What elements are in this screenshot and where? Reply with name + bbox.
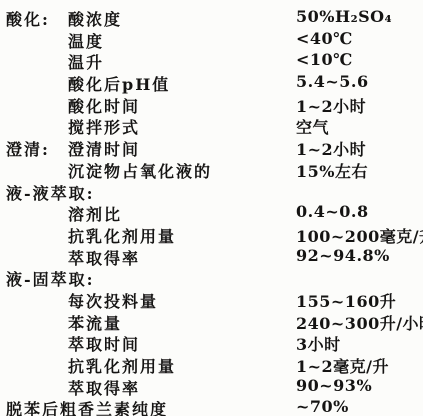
parameter-value: 1~2小时 [296,94,366,117]
parameter-row: 萃取得率 92~94.8% [0,246,423,268]
parameter-table: 酸化: 酸浓度 50%H₂SO₄ 温度 <40℃ 温升 <10℃ 酸化后pH值 … [0,7,423,416]
parameter-row: 液-液萃取: [0,181,423,203]
parameter-name: 溶剂比 [68,202,122,225]
parameter-value: 1~2毫克/升 [296,354,389,377]
parameter-value: 155~160升 [296,289,396,312]
parameter-value: 50%H₂SO₄ [296,7,392,26]
parameter-name: 搅拌形式 [68,115,140,138]
parameter-name: 萃取得率 [68,246,140,269]
parameter-value: ~70% [296,397,349,416]
parameter-name: 每次投料量 [68,289,158,312]
parameter-name: 沉淀物占氧化液的 [68,159,212,182]
parameter-name: 抗乳化剂用量 [68,354,176,377]
parameter-row: 液-固萃取: [0,267,423,289]
parameter-value: 100~200毫克/升 [296,224,423,247]
parameter-row: 抗乳化剂用量 100~200毫克/升 [0,224,423,246]
parameter-row: 温度 <40℃ [0,29,423,51]
parameter-value: 5.4~5.6 [296,72,369,91]
parameter-row: 搅拌形式 空气 [0,115,423,137]
parameter-value: 15%左右 [296,159,368,182]
section-label: 酸化: [6,7,50,30]
section-label: 液-固萃取: [6,267,95,290]
parameter-value: 240~300升/小时 [296,311,423,334]
parameter-row: 酸化: 酸浓度 50%H₂SO₄ [0,7,423,29]
parameter-value: <40℃ [296,29,353,48]
parameter-value: 空气 [296,115,329,138]
parameter-row: 萃取得率 90~93% [0,376,423,398]
parameter-row: 溶剂比 0.4~0.8 [0,202,423,224]
parameter-name: 酸浓度 [68,7,122,30]
parameter-value: 1~2小时 [296,137,366,160]
parameter-row: 萃取时间 3小时 [0,332,423,354]
parameter-name: 温升 [68,50,104,73]
parameter-row: 酸化后pH值 5.4~5.6 [0,72,423,94]
parameter-row: 酸化时间 1~2小时 [0,94,423,116]
parameter-row: 澄清: 澄清时间 1~2小时 [0,137,423,159]
section-label: 澄清: [6,137,50,160]
parameter-name: 酸化时间 [68,94,140,117]
parameter-value: 92~94.8% [296,246,390,265]
section-label: 液-液萃取: [6,181,95,204]
parameter-value: <10℃ [296,50,353,69]
parameter-row: 苯流量 240~300升/小时 [0,311,423,333]
parameter-name: 酸化后pH值 [68,72,170,95]
parameter-name: 萃取时间 [68,332,140,355]
parameter-value: 0.4~0.8 [296,202,369,221]
process-parameters-document: 酸化: 酸浓度 50%H₂SO₄ 温度 <40℃ 温升 <10℃ 酸化后pH值 … [0,0,423,416]
parameter-value: 3小时 [296,332,341,355]
parameter-name: 抗乳化剂用量 [68,224,176,247]
parameter-name: 澄清时间 [68,137,140,160]
parameter-row: 沉淀物占氧化液的 15%左右 [0,159,423,181]
parameter-row: 抗乳化剂用量 1~2毫克/升 [0,354,423,376]
parameter-row: 脱苯后粗香兰素纯度 ~70% [0,397,423,416]
section-label: 脱苯后粗香兰素纯度 [6,397,168,416]
parameter-name: 温度 [68,29,104,52]
parameter-name: 萃取得率 [68,376,140,399]
parameter-row: 温升 <10℃ [0,50,423,72]
parameter-name: 苯流量 [68,311,122,334]
parameter-row: 每次投料量 155~160升 [0,289,423,311]
parameter-value: 90~93% [296,376,372,395]
